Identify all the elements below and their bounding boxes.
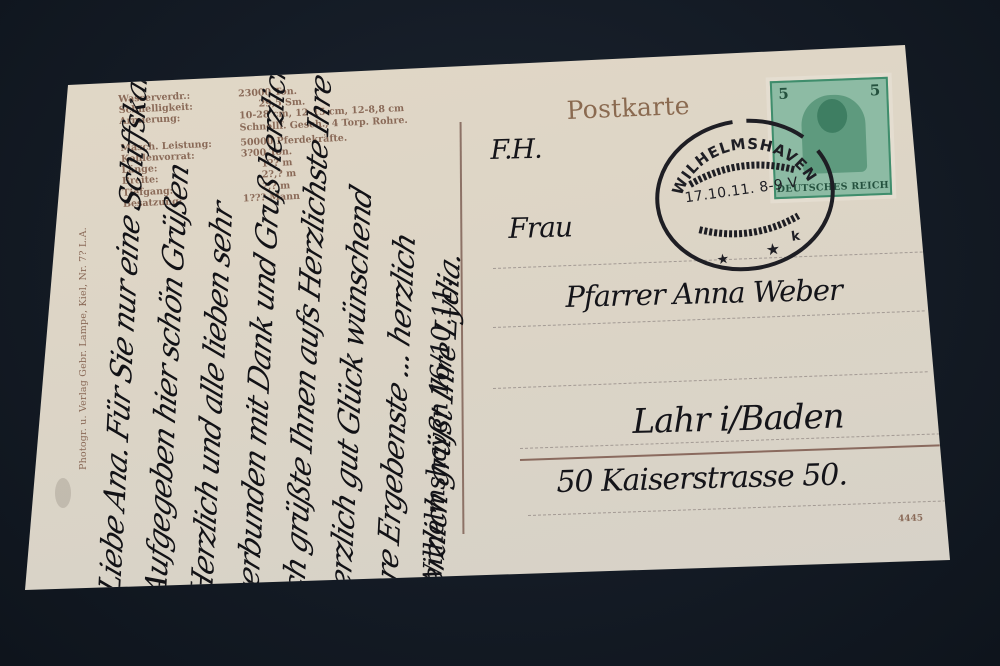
publisher-imprint: Photogr. u. Verlag Gebr. Lampe, Kiel, Nr…: [78, 227, 89, 470]
address-line-1: Frau: [508, 210, 572, 245]
postcard-heading: Postkarte: [566, 91, 690, 125]
address-line: [493, 310, 925, 328]
address-line: [493, 371, 928, 389]
address-underline: [520, 444, 940, 461]
postmark: WILHELMSHAVEN ★ ★ k 17.10.11. 8-9 V: [640, 103, 850, 288]
stamp-value: 5: [778, 85, 789, 103]
plate-number: 4445: [898, 514, 923, 525]
svg-text:★: ★: [765, 239, 782, 260]
address-line-2: Pfarrer Anna Weber: [565, 273, 842, 314]
svg-text:k: k: [790, 229, 801, 245]
svg-text:★: ★: [716, 251, 731, 269]
postcard: Wasserverdr.:23000 Ton.Schnelligkeit:29,…: [0, 0, 1000, 666]
address-line-3: Lahr i/Baden: [632, 396, 844, 442]
address-salutation: F.H.: [490, 134, 542, 166]
address-line: [528, 500, 946, 516]
stamp-value: 5: [869, 81, 880, 99]
ink-smudge: [55, 478, 71, 508]
address-line-4: 50 Kaiserstrasse 50.: [556, 457, 847, 500]
